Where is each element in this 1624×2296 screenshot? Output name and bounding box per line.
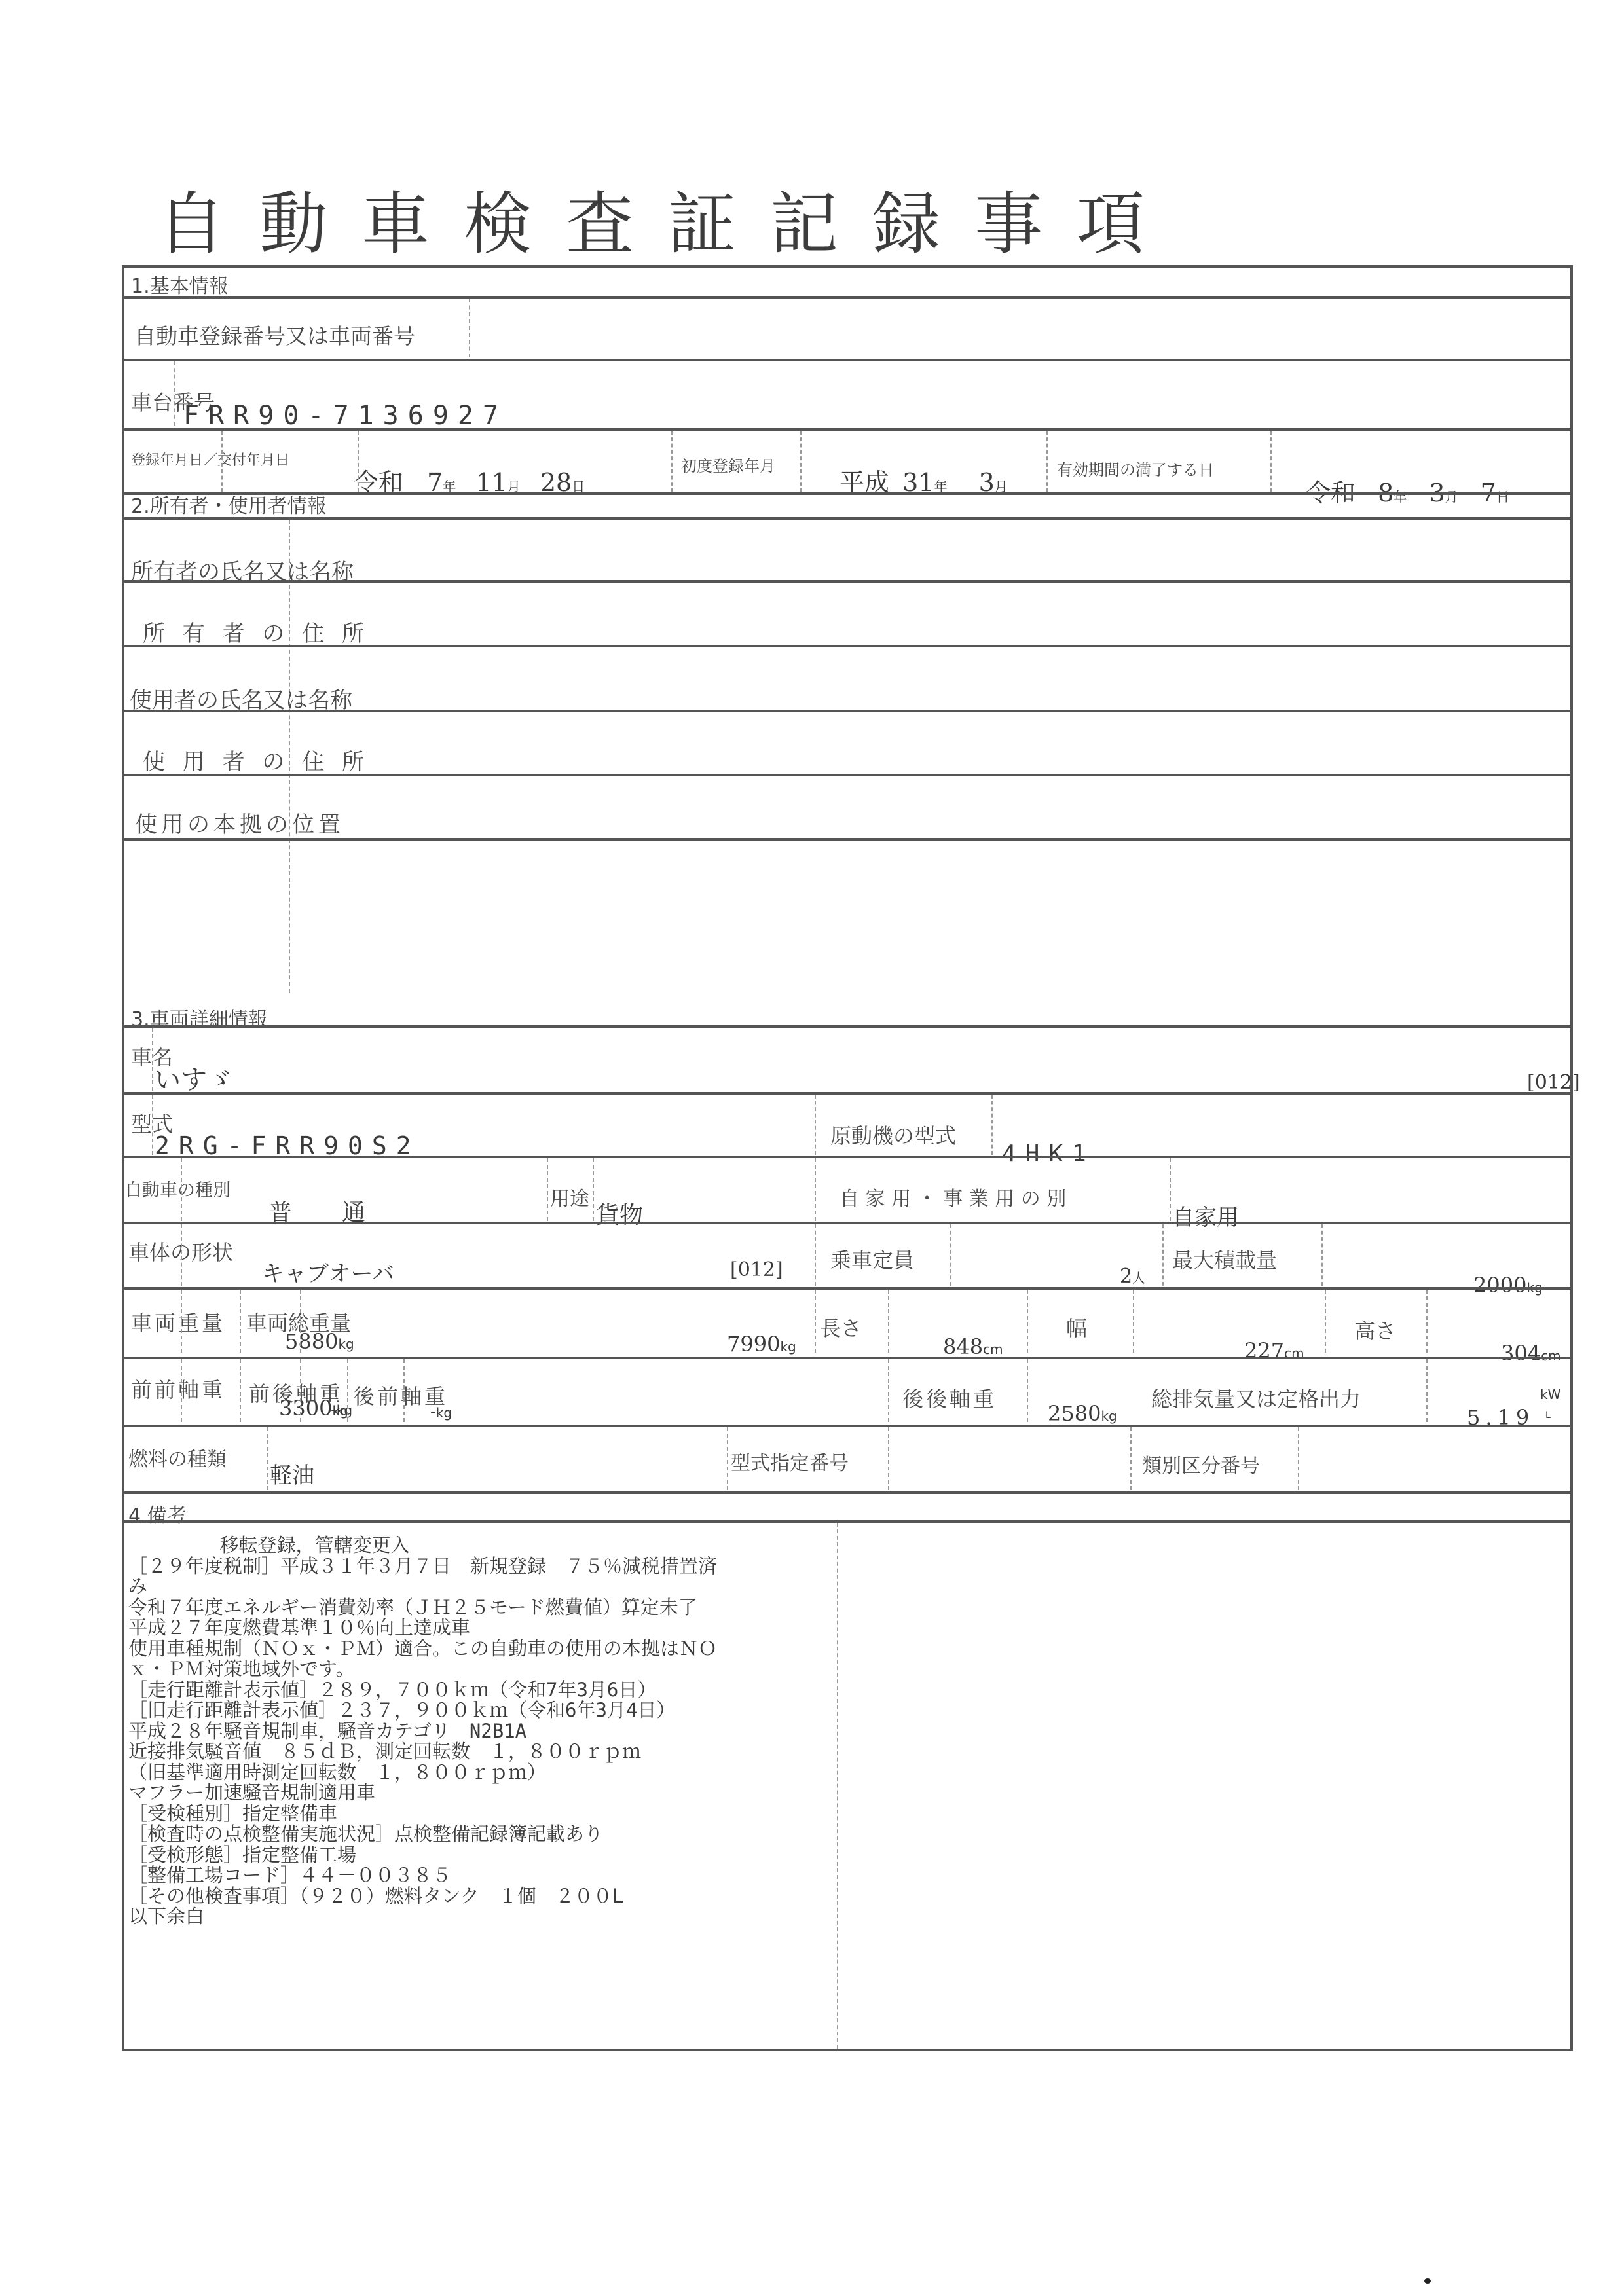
owner-address-label: 所 有 者 の 住 所 <box>143 615 369 647</box>
divider <box>240 1359 241 1422</box>
displacement-label: 総排気量又は定格出力 <box>1151 1383 1361 1413</box>
divider <box>1321 1224 1323 1286</box>
remarks-line: 平成２７年度燃費基準１０％向上達成車 <box>128 1618 842 1639</box>
divider <box>1325 1290 1326 1353</box>
rf-axle-number: - <box>430 1402 436 1422</box>
divider <box>174 361 175 426</box>
divider <box>122 1491 1573 1494</box>
gross-weight-value: 7990kg <box>727 1332 796 1357</box>
divider <box>300 1290 301 1353</box>
category-label: 類別区分番号 <box>1142 1449 1260 1478</box>
width-number: 227 <box>1244 1338 1284 1363</box>
unit: 人 <box>1132 1270 1145 1286</box>
fuel-value: 軽油 <box>270 1457 314 1489</box>
divider <box>1426 1290 1428 1353</box>
divider <box>671 431 673 492</box>
divider <box>122 1156 1573 1158</box>
remarks-line: ［検査時の点検整備実施状況］点検整備記録簿記載あり <box>128 1824 842 1845</box>
remarks-text: 移転登録，管轄変更入［２９年度税制］平成３１年３月７日 新規登録 ７５％減税措置… <box>128 1535 842 1927</box>
remarks-line: ［整備工場コード］４４－００３８５ <box>128 1865 842 1886</box>
private-business-label: 自 家 用 ・ 事 業 用 の 別 <box>840 1182 1066 1211</box>
car-name-code: [012] <box>1527 1071 1580 1094</box>
divider <box>800 431 802 492</box>
remarks-line: 平成２８年騒音規制車，騒音カテゴリ N2B1A <box>128 1721 842 1742</box>
length-label: 長さ <box>820 1312 862 1342</box>
divider <box>122 645 1573 647</box>
divider <box>181 1224 182 1286</box>
unit: 日 <box>1496 489 1509 505</box>
engine-model-value: 4HK1 <box>1002 1140 1096 1167</box>
height-label: 高さ <box>1354 1315 1396 1345</box>
chassis-number-value: FRR90-7136927 <box>183 401 507 431</box>
vehicle-weight-label: 車両重量 <box>131 1307 225 1337</box>
divider <box>1046 431 1048 492</box>
section-2-heading: 2.所有者・使用者情報 <box>131 490 327 519</box>
unit: 月 <box>1445 489 1458 505</box>
scan-speck <box>1424 2278 1431 2284</box>
body-shape-value: キャブオーバ <box>262 1256 394 1288</box>
max-load-number: 2000 <box>1473 1273 1526 1298</box>
gross-weight-number: 7990 <box>727 1332 780 1357</box>
divider <box>950 1224 951 1286</box>
divider <box>815 1158 816 1221</box>
capacity-value: 2人 <box>1120 1265 1145 1288</box>
registration-date-label: 登録年月日／交付年月日 <box>131 449 289 469</box>
divider <box>815 1290 816 1353</box>
document-title: 自動車検査証記録事項 <box>157 190 1179 258</box>
divider <box>1027 1290 1028 1353</box>
remarks-line: ［２９年度税制］平成３１年３月７日 新規登録 ７５％減税措置済 <box>128 1556 842 1577</box>
displacement-unit-l: L <box>1545 1410 1551 1421</box>
width-value: 227cm <box>1244 1338 1304 1363</box>
divider <box>122 1520 1573 1523</box>
section-1-heading: 1.基本情報 <box>131 270 229 299</box>
remarks-line: ｘ・ＰＭ対策地域外です。 <box>128 1659 842 1680</box>
remarks-line: 以下余白 <box>128 1906 842 1927</box>
body-shape-code: [012] <box>730 1258 783 1281</box>
user-address-label: 使 用 者 の 住 所 <box>143 744 369 776</box>
remarks-line: ［その他検査事項］（９２０）燃料タンク １個 ２００L <box>128 1886 842 1907</box>
divider <box>1298 1427 1299 1490</box>
divider <box>888 1290 889 1353</box>
unit: cm <box>983 1341 1003 1357</box>
divider <box>1426 1359 1428 1422</box>
usage-label: 用途 <box>550 1182 589 1211</box>
divider <box>300 1359 301 1422</box>
vehicle-kind-label: 自動車の種別 <box>124 1176 231 1201</box>
unit: kg <box>337 1402 352 1418</box>
remarks-line: み <box>128 1576 842 1597</box>
fr-axle-value: -kg <box>331 1400 352 1419</box>
divider <box>122 517 1573 520</box>
remarks-line: （旧基準適用時測定回転数 １，８００ｒｐｍ） <box>128 1762 842 1783</box>
unit: kg <box>436 1405 452 1421</box>
divider <box>347 1359 348 1422</box>
divider <box>815 1095 816 1155</box>
private-business-value: 自家用 <box>1172 1199 1239 1231</box>
base-location-label: 使用の本拠の位置 <box>135 807 344 839</box>
unit: kg <box>780 1339 796 1355</box>
remarks-line: 近接排気騒音値 ８５ｄＢ，測定回転数 １，８００ｒｐｍ <box>128 1741 842 1762</box>
divider <box>122 838 1573 841</box>
divider <box>727 1427 728 1490</box>
fr-axle-label: 前後軸重 <box>249 1377 343 1408</box>
divider <box>1130 1427 1132 1490</box>
remarks-line: 移転登録，管轄変更入 <box>128 1535 842 1556</box>
divider <box>122 296 1573 299</box>
height-value: 304cm <box>1501 1341 1561 1366</box>
remarks-line: ［受検種別］指定整備車 <box>128 1804 842 1825</box>
divider <box>122 774 1573 776</box>
remarks-line: 令和７年度エネルギー消費効率（ＪＨ２５モード燃費値）算定未了 <box>128 1597 842 1618</box>
divider <box>1270 431 1272 492</box>
divider <box>547 1158 548 1221</box>
rf-axle-value: -kg <box>430 1402 452 1422</box>
unit: kg <box>338 1336 354 1352</box>
divider <box>991 1095 993 1155</box>
divider <box>469 299 470 357</box>
rr-axle-number: 2580 <box>1048 1401 1101 1426</box>
divider <box>152 1028 153 1091</box>
width-label: 幅 <box>1066 1312 1087 1342</box>
rr-axle-value: 2580kg <box>1048 1401 1117 1426</box>
section-4-heading: 4.備考 <box>128 1499 187 1528</box>
capacity-label: 乗車定員 <box>830 1244 914 1274</box>
divider <box>122 710 1573 712</box>
remarks-line: ［走行距離計表示値］２８９，７００ｋｍ（令和7年3月6日） <box>128 1680 842 1701</box>
length-value: 848cm <box>943 1334 1003 1359</box>
divider <box>122 1425 1573 1427</box>
remarks-line: ［受検形態］指定整備工場 <box>128 1845 842 1866</box>
engine-model-label: 原動機の型式 <box>830 1120 956 1150</box>
divider <box>1027 1359 1028 1422</box>
divider <box>181 1158 182 1221</box>
max-load-label: 最大積載量 <box>1172 1244 1277 1274</box>
divider <box>181 1359 182 1422</box>
divider <box>1170 1158 1171 1221</box>
divider <box>1162 1224 1164 1286</box>
fr-axle-number: - <box>331 1400 337 1419</box>
divider <box>221 431 223 492</box>
usage-value: 貨物 <box>596 1197 643 1230</box>
remarks-line: 使用車種規制（ＮＯｘ・ＰＭ）適合。この自動車の使用の本拠はＮＯ <box>128 1639 842 1660</box>
registration-number-label: 自動車登録番号又は車両番号 <box>134 319 415 350</box>
ff-axle-label: 前前軸重 <box>131 1374 225 1404</box>
divider <box>122 1222 1573 1224</box>
divider <box>403 1359 405 1422</box>
unit: cm <box>1541 1348 1560 1364</box>
divider <box>122 1287 1573 1290</box>
gross-weight-label: 車両総重量 <box>246 1307 351 1337</box>
divider <box>122 492 1573 495</box>
unit: 年 <box>1393 489 1407 505</box>
type-designation-label: 型式指定番号 <box>731 1447 849 1476</box>
remarks-line: ［旧走行距離計表示値］２３７，９００ｋｍ（令和6年3月4日） <box>128 1700 842 1721</box>
expiry-date-value: 令和 8年 3月 7日 <box>1306 473 1509 509</box>
divider <box>240 1290 241 1353</box>
divider <box>815 1224 816 1286</box>
car-name-value: いすゞ <box>155 1059 233 1097</box>
divider <box>358 431 359 492</box>
first-registration-label: 初度登録年月 <box>681 453 775 476</box>
remarks-line: マフラー加速騒音規制適用車 <box>128 1783 842 1804</box>
divider <box>593 1158 594 1221</box>
max-load-value: 2000kg <box>1473 1273 1543 1298</box>
divider <box>267 1427 268 1490</box>
divider <box>122 1025 1573 1028</box>
height-number: 304 <box>1501 1341 1541 1366</box>
divider <box>122 580 1573 583</box>
divider <box>888 1427 889 1490</box>
length-number: 848 <box>943 1334 983 1359</box>
unit: kg <box>1101 1408 1116 1424</box>
divider <box>181 1290 182 1353</box>
divider <box>122 1357 1573 1359</box>
divider <box>152 1095 153 1155</box>
capacity-number: 2 <box>1120 1265 1132 1288</box>
divider <box>122 1092 1573 1095</box>
divider <box>1133 1290 1134 1353</box>
fuel-label: 燃料の種類 <box>128 1443 227 1472</box>
divider <box>122 428 1573 431</box>
expiry-label: 有効期間の満了する日 <box>1057 457 1214 480</box>
rr-axle-label: 後後軸重 <box>902 1383 997 1413</box>
divider <box>888 1359 889 1422</box>
divider <box>122 359 1573 361</box>
displacement-unit-kw: kW <box>1540 1387 1560 1402</box>
